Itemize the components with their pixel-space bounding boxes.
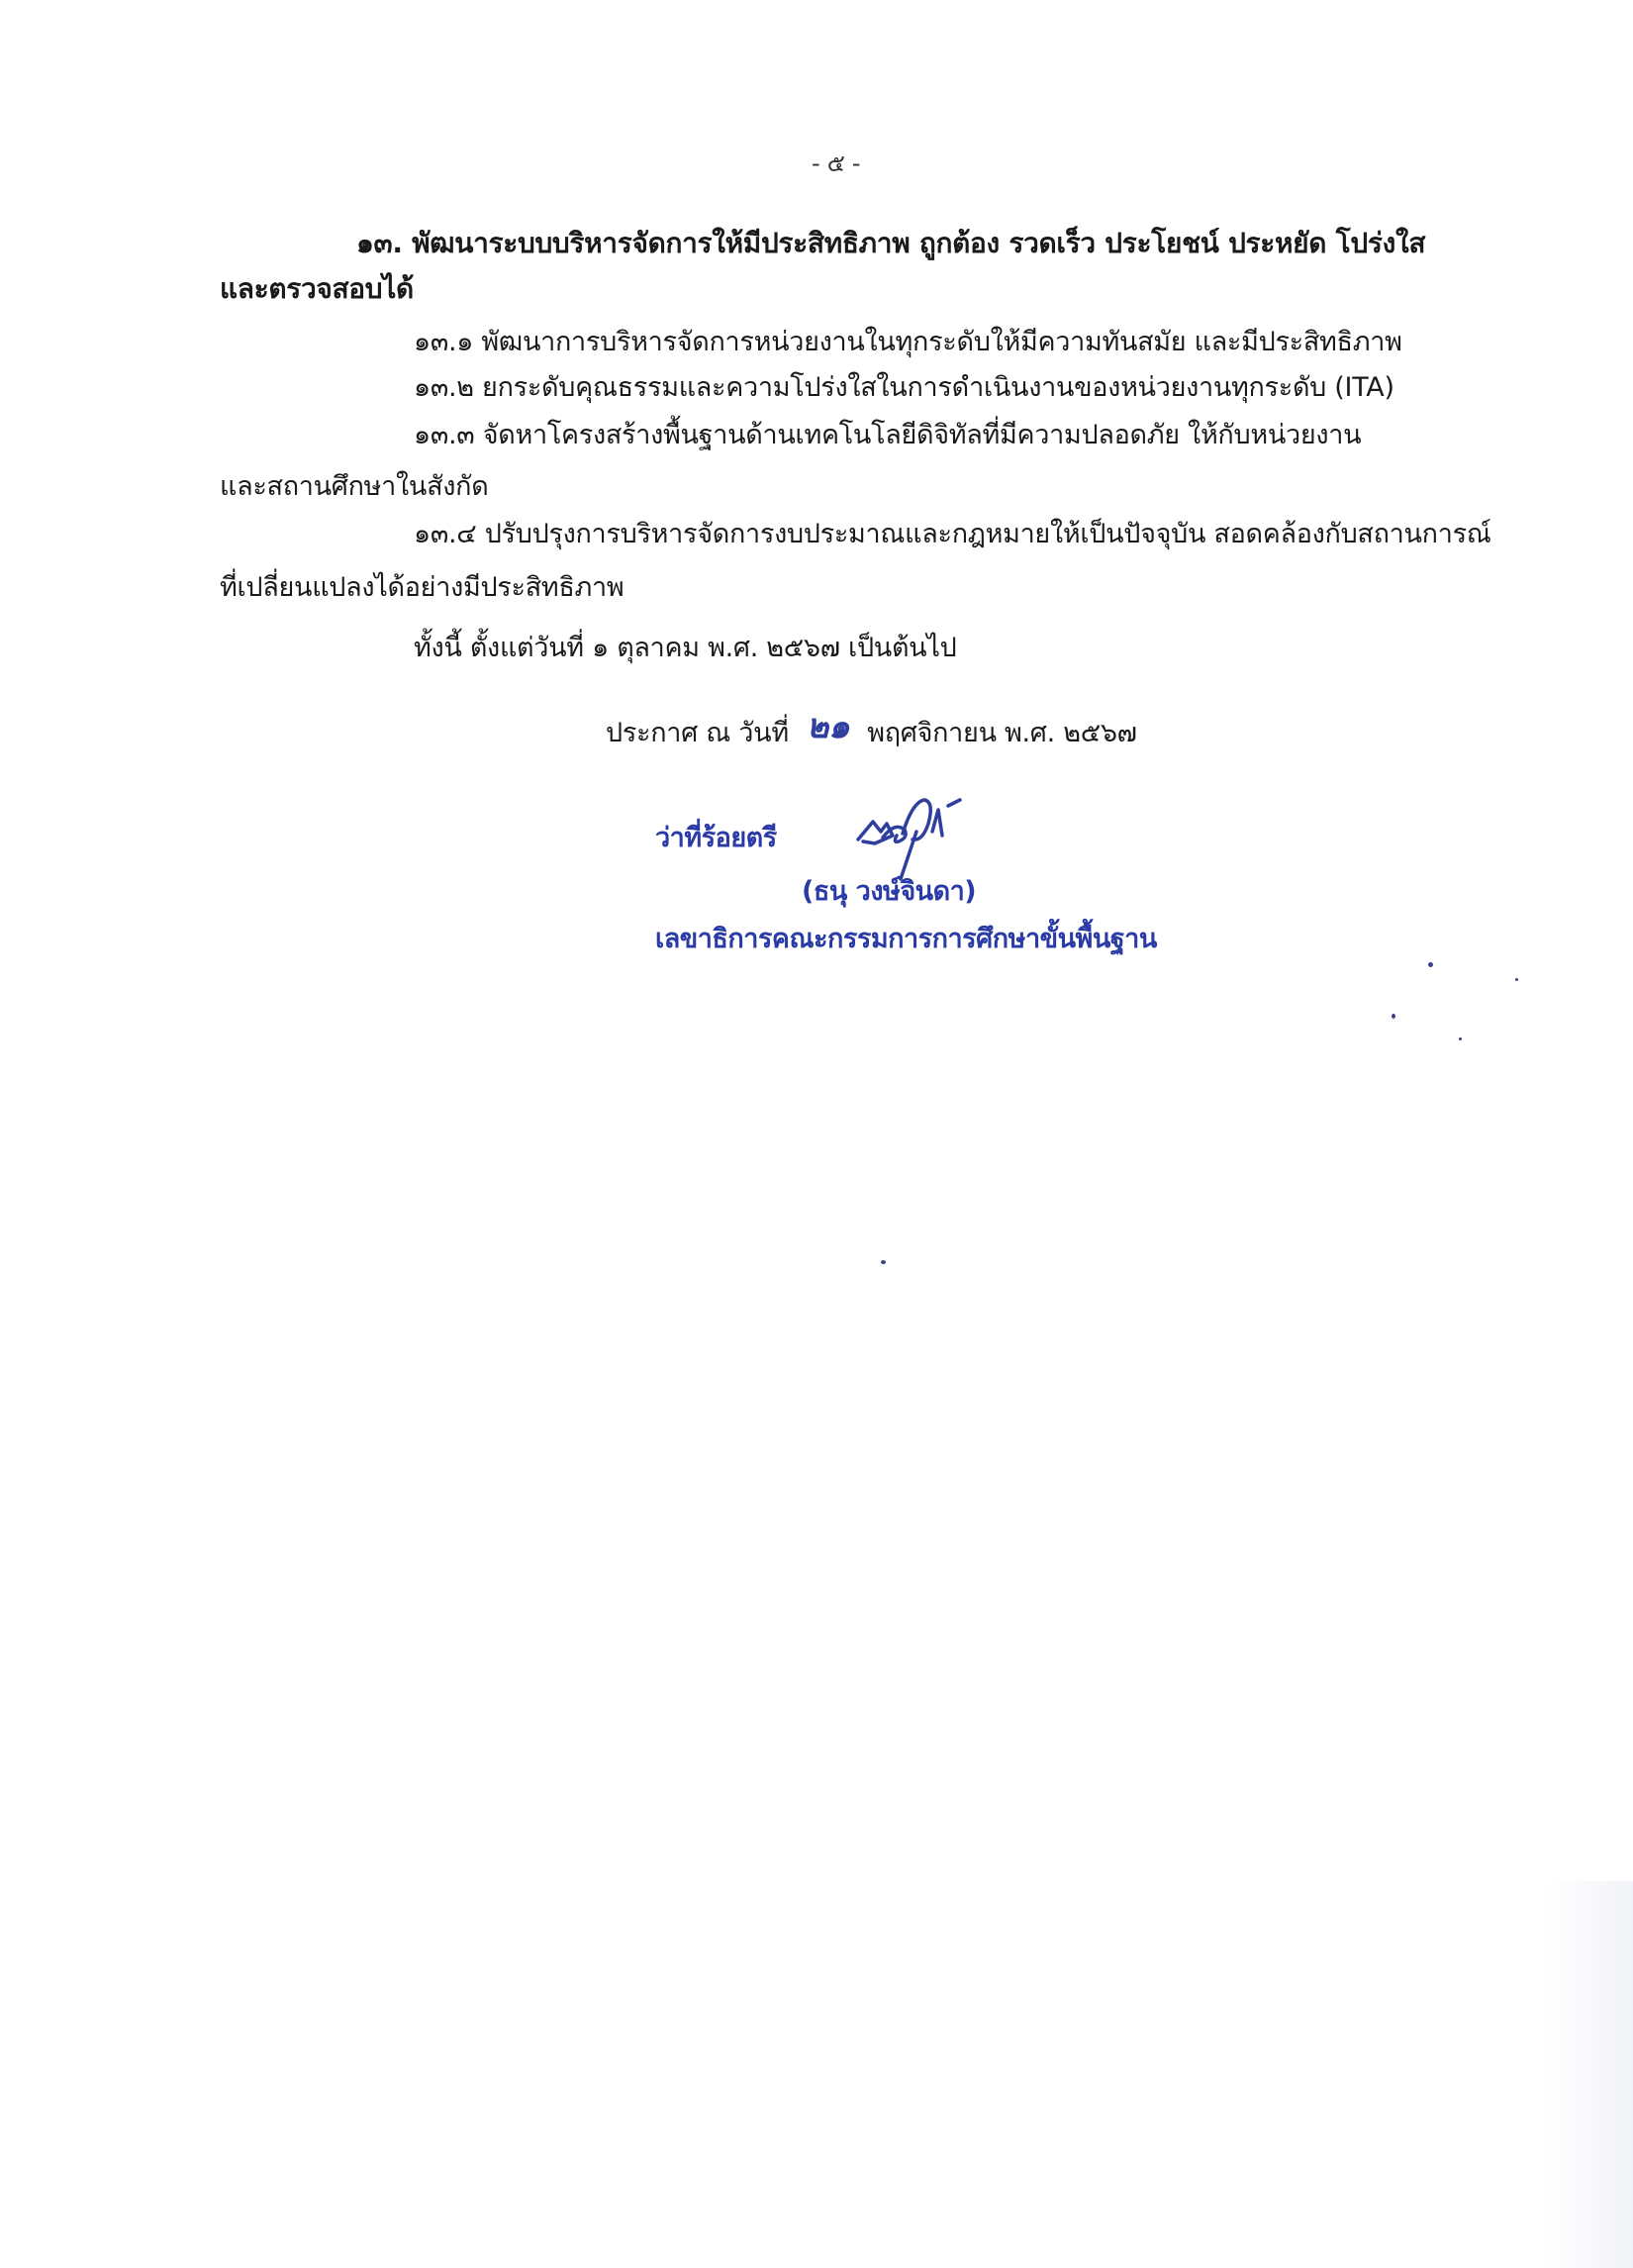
scan-speck	[1428, 962, 1433, 967]
effective-date-statement: ทั้งนี้ ตั้งแต่วันที่ ๑ ตุลาคม พ.ศ. ๒๕๖๗…	[414, 629, 956, 668]
handwritten-signature	[853, 792, 982, 881]
section-heading-continuation: และตรวจสอบได้	[220, 269, 414, 309]
signatory-name: (ธนุ วงษ์จินดา)	[802, 873, 976, 911]
scan-speck	[881, 1260, 886, 1264]
sub-item-13-2: ๑๓.๒ ยกระดับคุณธรรมและความโปร่งใสในการดำ…	[414, 368, 1394, 408]
scan-speck	[1392, 1014, 1395, 1019]
paper-edge-shadow	[1544, 1881, 1633, 2268]
sub-item-13-1: ๑๓.๑ พัฒนาการบริหารจัดการหน่วยงานในทุกระ…	[414, 323, 1402, 362]
scan-speck	[1459, 1037, 1462, 1040]
sub-item-13-4: ๑๓.๔ ปรับปรุงการบริหารจัดการงบประมาณและก…	[414, 515, 1491, 554]
announcement-date: ประกาศ ณ วันที่๒๑พฤศจิกายน พ.ศ. ๒๕๖๗	[606, 711, 1137, 753]
section-heading: ๑๓. พัฒนาระบบบริหารจัดการให้มีประสิทธิภา…	[356, 224, 1425, 263]
sub-item-13-3: ๑๓.๓ จัดหาโครงสร้างพื้นฐานด้านเทคโนโลยีด…	[414, 416, 1361, 455]
page-number: - ๕ -	[812, 144, 860, 183]
signatory-rank: ว่าที่ร้อยตรี	[655, 820, 777, 857]
announcement-month-year: พฤศจิกายน พ.ศ. ๒๕๖๗	[867, 718, 1136, 748]
handwritten-day: ๒๑	[807, 707, 849, 746]
signatory-title: เลขาธิการคณะกรรมการการศึกษาขั้นพื้นฐาน	[655, 921, 1157, 958]
sub-item-13-4-continuation: ที่เปลี่ยนแปลงได้อย่างมีประสิทธิภาพ	[220, 568, 624, 608]
sub-item-13-3-continuation: และสถานศึกษาในสังกัด	[220, 467, 488, 507]
scan-speck	[1515, 978, 1518, 981]
announcement-prefix: ประกาศ ณ วันที่	[606, 718, 789, 748]
